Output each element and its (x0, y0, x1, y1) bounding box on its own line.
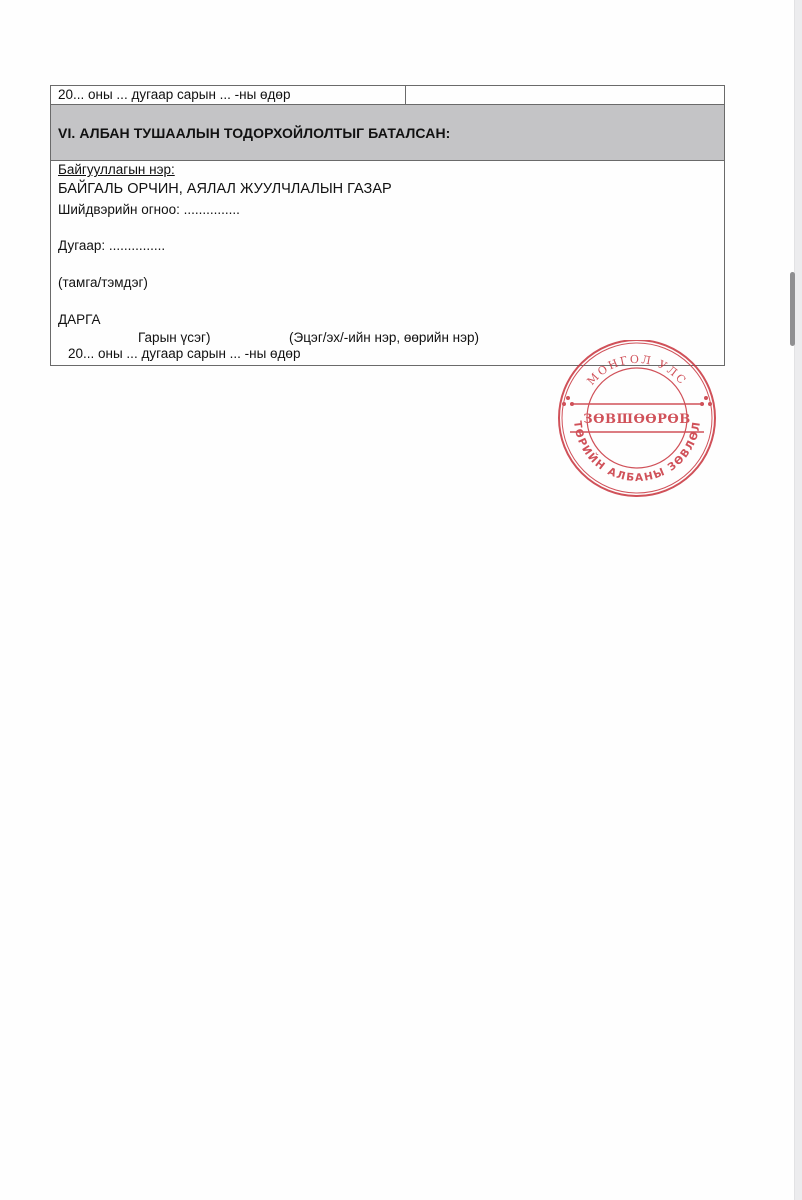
section-title: VI. АЛБАН ТУШААЛЫН ТОДОРХОЙЛОЛТЫГ БАТАЛС… (58, 125, 450, 141)
head-title: ДАРГА (58, 312, 101, 328)
decision-number-field: Дугаар: ............... (58, 238, 165, 254)
stamp-bottom-text: ТӨРИЙН АЛБАНЫ ЗӨВЛӨЛ (571, 420, 703, 484)
top-date-text: 20... оны ... дугаар сарын ... -ны өдөр (51, 86, 406, 104)
stamp-center-text: ЗӨВШӨӨРӨВ (583, 412, 690, 427)
fullname-label: (Эцэг/эх/-ийн нэр, өөрийн нэр) (289, 330, 479, 346)
seal-label: (тамга/тэмдэг) (58, 275, 148, 291)
decision-date-field: Шийдвэрийн огноо: ............... (58, 202, 240, 218)
organization-label: Байгууллагын нэр: (58, 162, 175, 178)
section-header: VI. АЛБАН ТУШААЛЫН ТОДОРХОЙЛОЛТЫГ БАТАЛС… (51, 105, 724, 161)
organization-name: БАЙГАЛЬ ОРЧИН, АЯЛАЛ ЖУУЛЧЛАЛЫН ГАЗАР (58, 181, 392, 197)
approval-form-table: 20... оны ... дугаар сарын ... -ны өдөр … (50, 85, 725, 366)
vertical-scrollbar-thumb[interactable] (790, 272, 795, 346)
top-date-row: 20... оны ... дугаар сарын ... -ны өдөр (51, 86, 724, 105)
document-page: 20... оны ... дугаар сарын ... -ны өдөр … (0, 0, 794, 1200)
bottom-date-text: 20... оны ... дугаар сарын ... -ны өдөр (68, 346, 300, 362)
section-body: Байгууллагын нэр: БАЙГАЛЬ ОРЧИН, АЯЛАЛ Ж… (51, 161, 724, 365)
vertical-scrollbar-track[interactable] (794, 0, 802, 1200)
signature-label: Гарын үсэг) (138, 330, 210, 346)
svg-text:ТӨРИЙН АЛБАНЫ ЗӨВЛӨЛ: ТӨРИЙН АЛБАНЫ ЗӨВЛӨЛ (571, 420, 703, 484)
top-date-empty-cell (406, 86, 724, 104)
